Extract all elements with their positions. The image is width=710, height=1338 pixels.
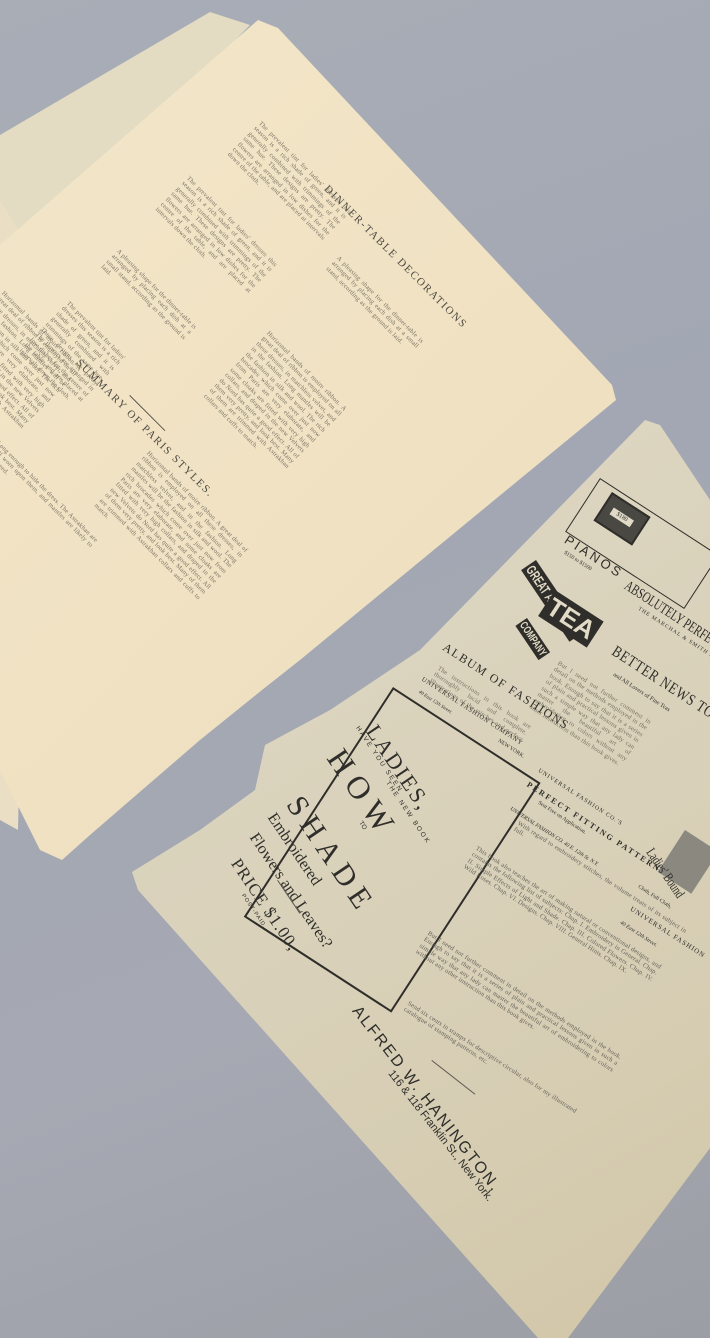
tea-logo-line3: COMPANY bbox=[515, 618, 550, 660]
piano-price-tag: $180 bbox=[609, 508, 633, 528]
publisher-address: 116 & 118 Franklin St., New York. bbox=[386, 1068, 496, 1204]
tea-body: But I need not further comment in detail… bbox=[516, 660, 652, 787]
